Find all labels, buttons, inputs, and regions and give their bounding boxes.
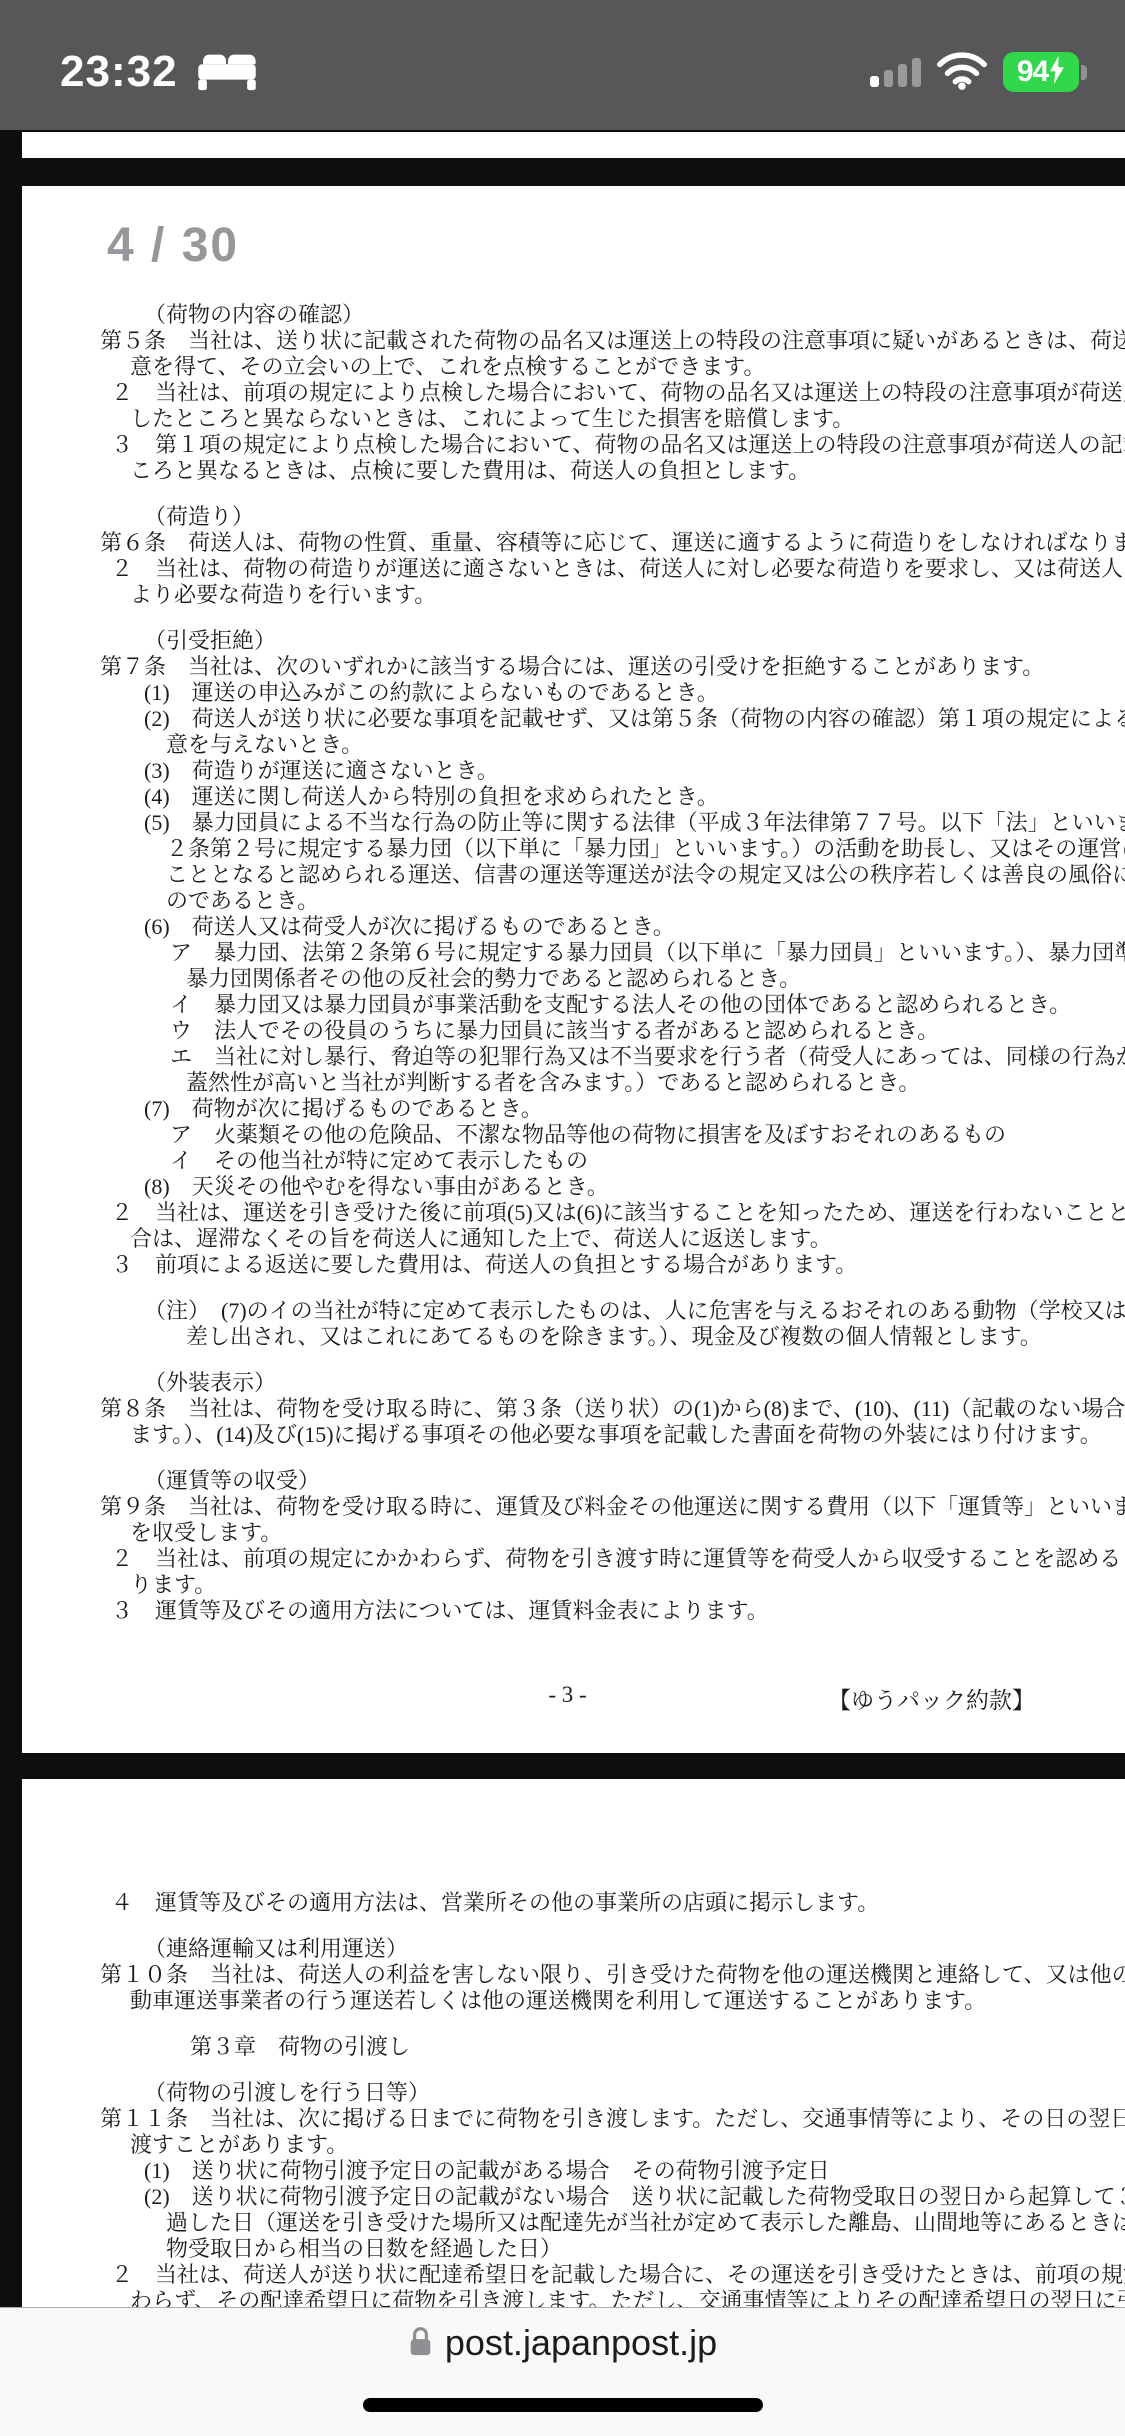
doc-line: わらず、その配達希望日に荷物を引き渡します。ただし、交通事情等によりその配達希望… [100,2288,1083,2307]
doc-line: イ その他当社が特に定めて表示したもの [100,1148,1083,1174]
doc-line [100,608,1083,628]
doc-line: （注） (7)のイの当社が特に定めて表示したものは、人に危害を与えるおそれのある… [100,1298,1083,1324]
doc-line: 第３章 荷物の引渡し [100,2034,1083,2060]
footer-document-label: 【ゆうパック約款】 [828,1682,1035,1715]
bed-icon [194,47,260,98]
doc-line: (1) 運送の申込みがこの約款によらないものであるとき。 [100,680,1083,706]
doc-line: ４ 運賃等及びその適用方法は、営業所その他の事業所の店頭に掲示します。 [100,1890,1083,1916]
wifi-icon [935,50,989,95]
doc-line: ります。 [100,1572,1083,1598]
doc-line [100,2014,1083,2034]
doc-line [100,2060,1083,2080]
doc-line: 意を得て、その立会いの上で、これを点検することができます。 [100,354,1083,380]
doc-line: ３ 前項による返送に要した費用は、荷送人の負担とする場合があります。 [100,1252,1083,1278]
doc-line: 暴力団関係者その他の反社会的勢力であると認められるとき。 [100,966,1083,992]
battery-body: 94 [1003,52,1079,92]
page-4-text: （荷物の内容の確認）第５条 当社は、送り状に記載された荷物の品名又は運送上の特段… [100,302,1083,1624]
doc-line: ２ 当社は、荷送人が送り状に配達希望日を記載した場合に、その運送を引き受けたとき… [100,2262,1083,2288]
iphone-screen: 23:32 [0,0,1125,2436]
doc-line: (2) 荷送人が送り状に必要な事項を記載せず、又は第５条（荷物の内容の確認）第１… [100,706,1083,732]
doc-line: (8) 天災その他やむを得ない事由があるとき。 [100,1174,1083,1200]
doc-line: ます。）、(14)及び(15)に掲げる事項その他必要な事項を記載した書面を荷物の… [100,1422,1083,1448]
doc-line: (5) 暴力団員による不当な行為の防止等に関する法律（平成３年法律第７７号。以下… [100,810,1083,836]
page-indicator: 4 / 30 [107,218,239,273]
footer-page-number: - 3 - [548,1682,586,1708]
doc-line: より必要な荷造りを行います。 [100,582,1083,608]
doc-line: ２ 当社は、運送を引き受けた後に前項(5)又は(6)に該当することを知ったため、… [100,1200,1083,1226]
battery-percent: 94 [1017,55,1048,89]
doc-line [100,1448,1083,1468]
doc-line: のであるとき。 [100,888,1083,914]
doc-line: ２ 当社は、荷物の荷造りが運送に適さないときは、荷送人に対し必要な荷造りを要求し… [100,556,1083,582]
doc-line: （運賃等の収受） [100,1468,1083,1494]
doc-line: 過した日（運送を引き受けた場所又は配達先が当社が定めて表示した離島、山間地等にあ… [100,2210,1083,2236]
doc-line: エ 当社に対し暴行、脅迫等の犯罪行為又は不当要求を行う者（荷受人にあっては、同様… [100,1044,1083,1070]
battery-icon: 94 [1003,52,1087,92]
doc-line: こととなると認められる運送、信書の運送等運送が法令の規定又は公の秩序若しくは善良… [100,862,1083,888]
doc-line: (6) 荷送人又は荷受人が次に掲げるものであるとき。 [100,914,1083,940]
doc-line [100,1350,1083,1370]
doc-line: （荷造り） [100,504,1083,530]
pdf-page-3-bottom-edge [22,132,1125,158]
doc-line: （連絡運輸又は利用運送） [100,1936,1083,1962]
doc-line [100,1278,1083,1298]
doc-line: ２条第２号に規定する暴力団（以下単に「暴力団」といいます。）の活動を助長し、又は… [100,836,1083,862]
url-domain: post.japanpost.jp [445,2322,717,2364]
doc-line: (7) 荷物が次に掲げるものであるとき。 [100,1096,1083,1122]
doc-line: 第９条 当社は、荷物を受け取る時に、運賃及び料金その他運送に関する費用（以下「運… [100,1494,1083,1520]
doc-line: 第８条 当社は、荷物を受け取る時に、第３条（送り状）の(1)から(8)まで、(1… [100,1396,1083,1422]
doc-line: （荷物の内容の確認） [100,302,1083,328]
status-bar-right: 94 [870,50,1087,95]
doc-line: （荷物の引渡しを行う日等） [100,2080,1083,2106]
doc-line: (1) 送り状に荷物引渡予定日の記載がある場合 その荷物引渡予定日 [100,2158,1083,2184]
page-5-text: ４ 運賃等及びその適用方法は、営業所その他の事業所の店頭に掲示します。（連絡運輸… [100,1890,1083,2307]
doc-line: 第１１条 当社は、次に掲げる日までに荷物を引き渡します。ただし、交通事情等により… [100,2106,1083,2132]
doc-line: を収受します。 [100,1520,1083,1546]
doc-line: ３ 第１項の規定により点検した場合において、荷物の品名又は運送上の特段の注意事項… [100,432,1083,458]
doc-line: 意を与えないとき。 [100,732,1083,758]
status-bar: 23:32 [0,0,1125,130]
doc-line: ア 暴力団、法第２条第６号に規定する暴力団員（以下単に「暴力団員」といいます。）… [100,940,1083,966]
doc-line: イ 暴力団又は暴力団員が事業活動を支配する法人その他の団体であると認められるとき… [100,992,1083,1018]
doc-line: (3) 荷造りが運送に適さないとき。 [100,758,1083,784]
doc-line: ア 火薬類その他の危険品、不潔な物品等他の荷物に損害を及ぼすおそれのあるもの [100,1122,1083,1148]
battery-cap [1081,65,1087,80]
doc-line: (2) 送り状に荷物引渡予定日の記載がない場合 送り状に記載した荷物受取日の翌日… [100,2184,1083,2210]
page-4-footer: - 3 - 【ゆうパック約款】 [100,1682,1035,1710]
doc-line: 第６条 荷送人は、荷物の性質、重量、容積等に応じて、運送に適するように荷造りをし… [100,530,1083,556]
pdf-viewport[interactable]: 4 / 30 （荷物の内容の確認）第５条 当社は、送り状に記載された荷物の品名又… [0,130,1125,2436]
doc-line: 動車運送事業者の行う運送若しくは他の運送機関を利用して運送することがあります。 [100,1988,1083,2014]
charging-bolt-icon [1049,56,1065,89]
pdf-page-5: ４ 運賃等及びその適用方法は、営業所その他の事業所の店頭に掲示します。（連絡運輸… [22,1779,1125,2307]
home-indicator[interactable] [363,2398,763,2412]
doc-line: (4) 運送に関し荷送人から特別の負担を求められたとき。 [100,784,1083,810]
doc-line: 蓋然性が高いと当社が判断する者を含みます。）であると認められるとき。 [100,1070,1083,1096]
doc-line: ウ 法人でその役員のうちに暴力団員に該当する者があると認められるとき。 [100,1018,1083,1044]
doc-line: 渡すことがあります。 [100,2132,1083,2158]
doc-line: 第１０条 当社は、荷送人の利益を害しない限り、引き受けた荷物を他の運送機関と連絡… [100,1962,1083,1988]
doc-line: 物受取日から相当の日数を経過した日） [100,2236,1083,2262]
doc-line: 第７条 当社は、次のいずれかに該当する場合には、運送の引受けを拒絶することがあり… [100,654,1083,680]
lock-icon [408,2325,433,2362]
doc-line: ２ 当社は、前項の規定にかかわらず、荷物を引き渡す時に運賃等を荷受人から収受する… [100,1546,1083,1572]
doc-line [100,1916,1083,1936]
status-bar-left: 23:32 [60,47,260,98]
doc-line: （外装表示） [100,1370,1083,1396]
url-bar[interactable]: post.japanpost.jp [0,2322,1125,2364]
doc-line: したところと異ならないときは、これによって生じた損害を賠償します。 [100,406,1083,432]
doc-line: ３ 運賃等及びその適用方法については、運賃料金表によります。 [100,1598,1083,1624]
pdf-page-4: 4 / 30 （荷物の内容の確認）第５条 当社は、送り状に記載された荷物の品名又… [22,186,1125,1753]
doc-line: 第５条 当社は、送り状に記載された荷物の品名又は運送上の特段の注意事項に疑いがあ… [100,328,1083,354]
doc-line: ２ 当社は、前項の規定により点検した場合において、荷物の品名又は運送上の特段の注… [100,380,1083,406]
doc-line: ころと異なるときは、点検に要した費用は、荷送人の負担とします。 [100,458,1083,484]
doc-line: 合は、遅滞なくその旨を荷送人に通知した上で、荷送人に返送します。 [100,1226,1083,1252]
cellular-signal-icon [870,57,921,87]
doc-line: 差し出され、又はこれにあてるものを除きます。）、現金及び複数の個人情報とします。 [100,1324,1083,1350]
safari-bottom-bar: post.japanpost.jp [0,2307,1125,2436]
doc-line: （引受拒絶） [100,628,1083,654]
status-time: 23:32 [60,47,178,97]
doc-line [100,484,1083,504]
